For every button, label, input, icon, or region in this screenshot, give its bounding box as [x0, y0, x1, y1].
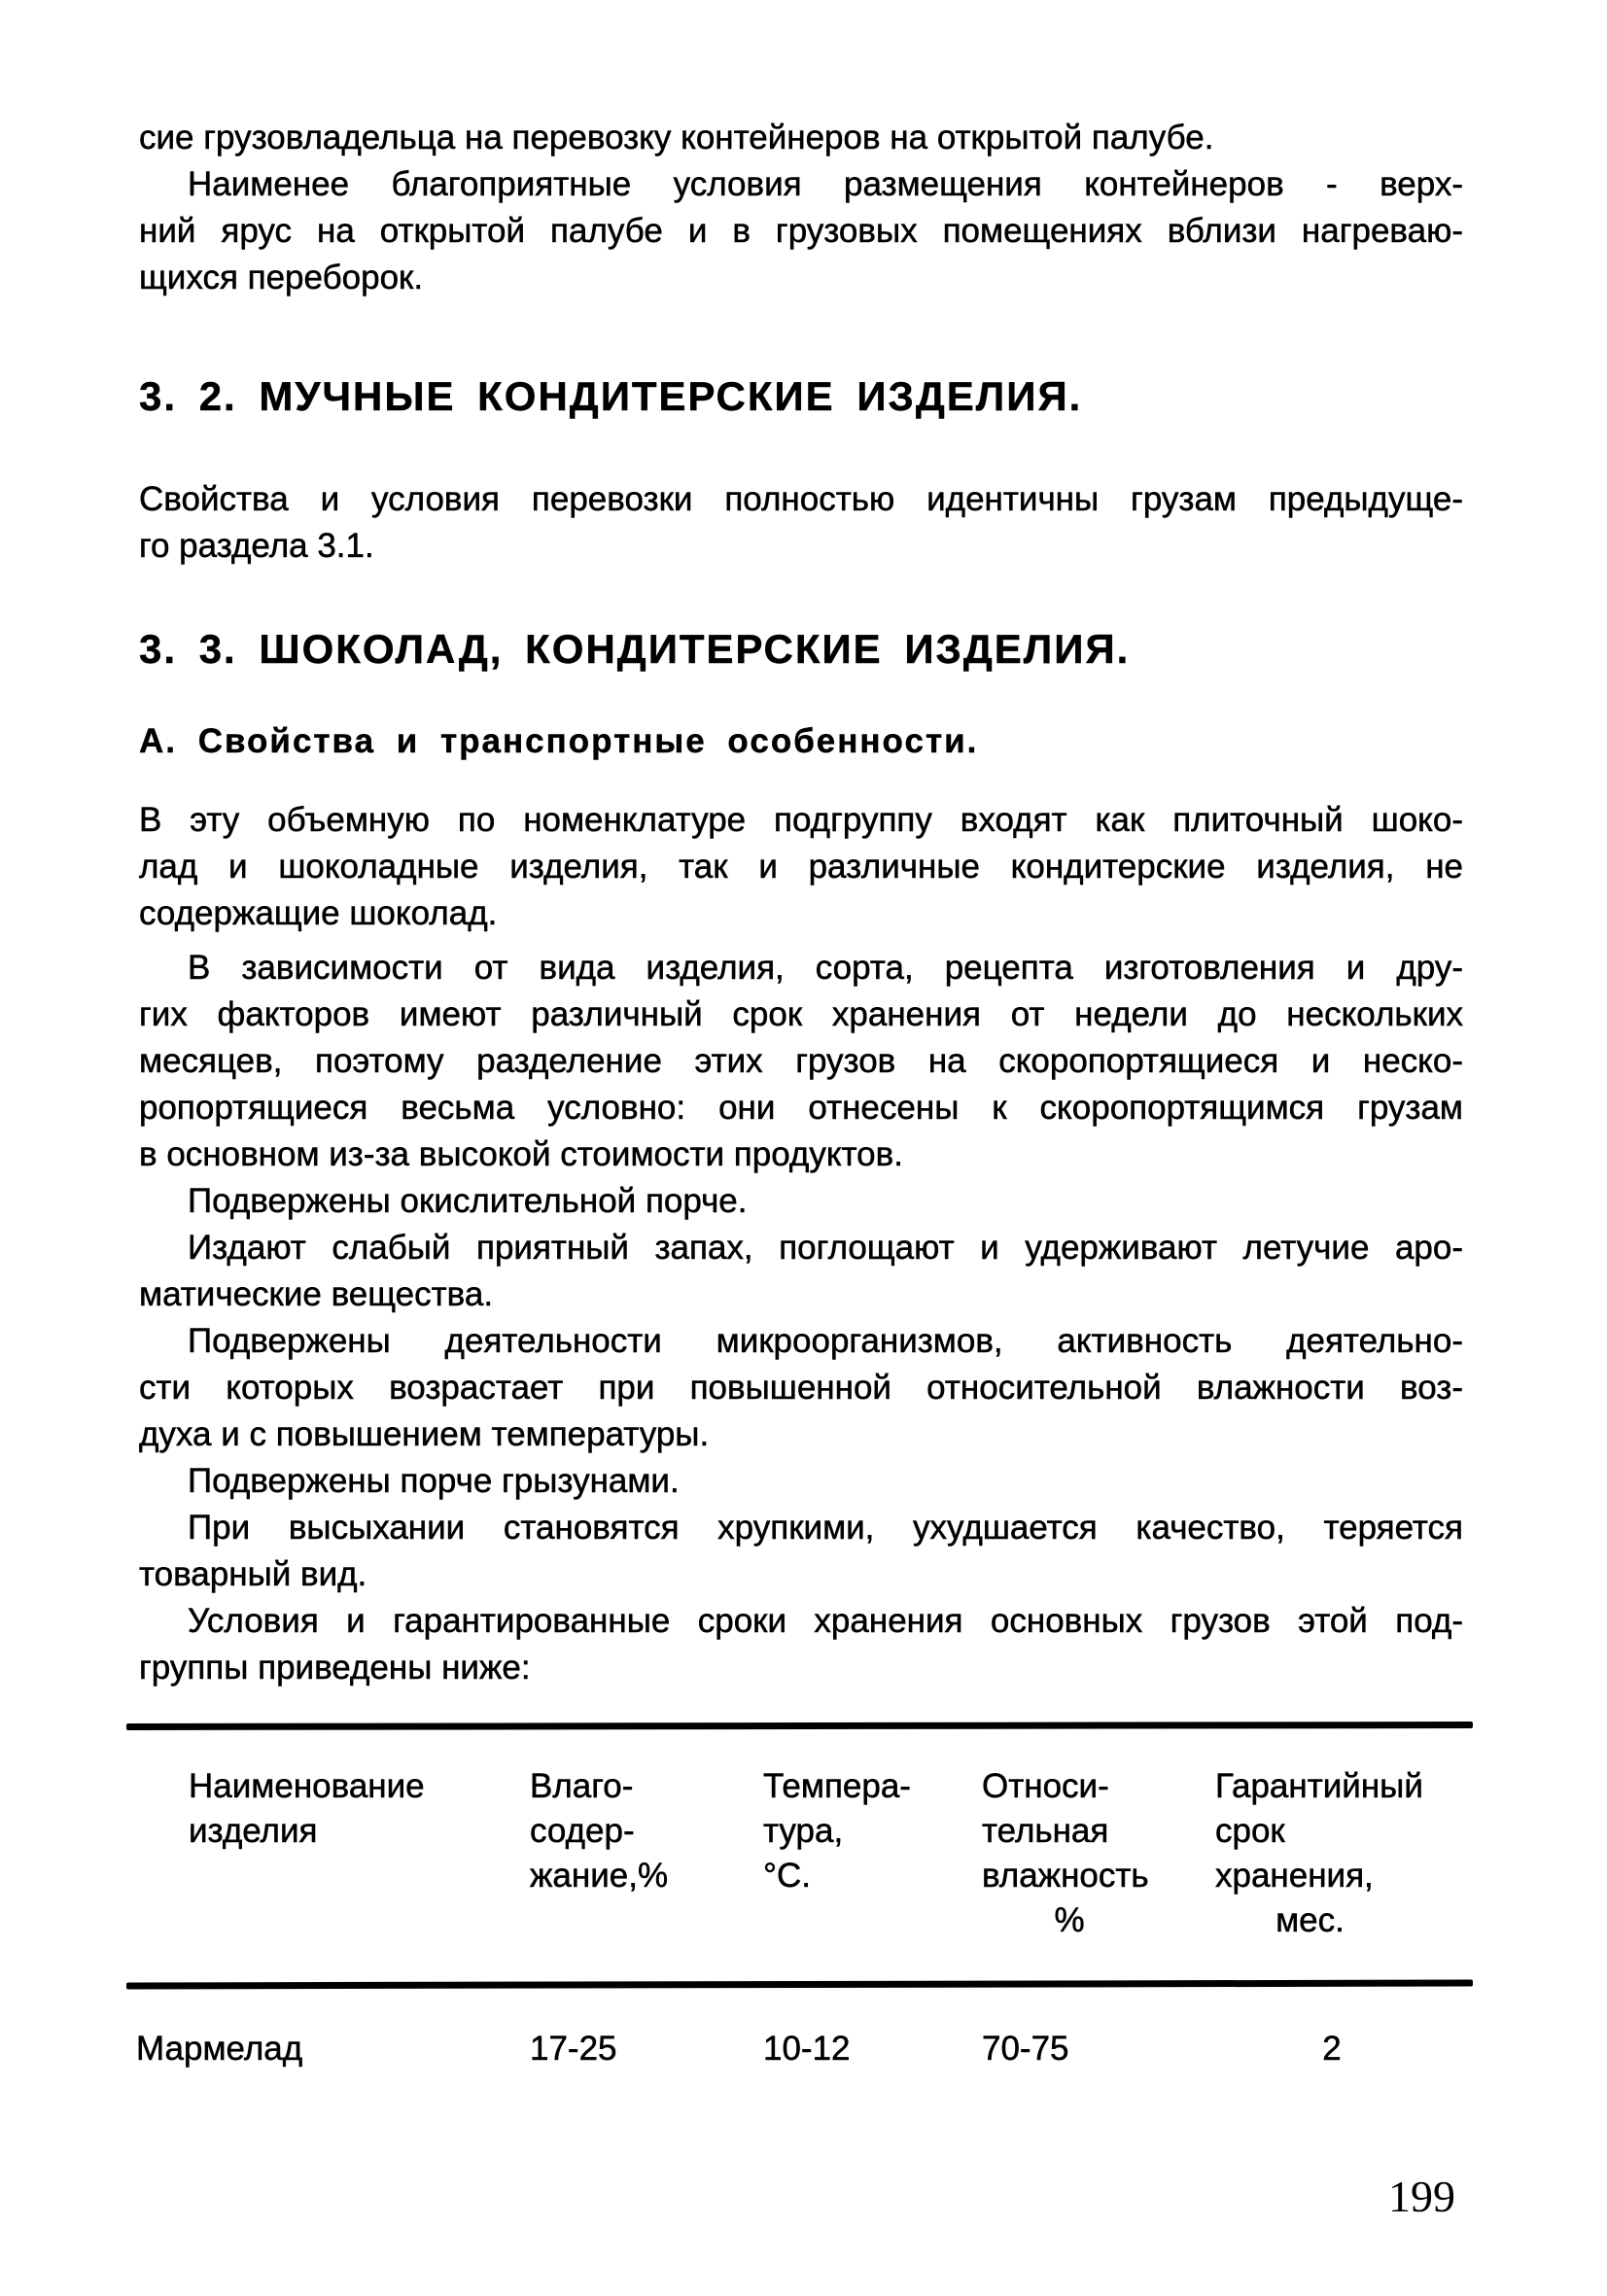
document-page: сие грузовладельца на перевозку контейне… [0, 0, 1607, 2296]
header-line: Темпера- [763, 1764, 982, 1809]
text-line: лад и шоколадные изделия, так и различны… [139, 844, 1463, 890]
text-line: месяцев, поэтому разделение этих грузов … [139, 1038, 1463, 1085]
cell-humidity: 70-75 [982, 2026, 1215, 2072]
header-line: влажность [982, 1854, 1215, 1898]
subsection-heading-a: А. Свойства и транспортные особенности. [139, 719, 1463, 764]
page-number: 199 [1388, 2171, 1455, 2222]
header-line: % [982, 1898, 1157, 1943]
text-line: сти которых возрастает при повышенной от… [139, 1365, 1463, 1411]
text-line: гих факторов имеют различный срок хранен… [139, 991, 1463, 1038]
table-header-temperature: Темпера- тура, °С. [763, 1764, 982, 1943]
text-column: сие грузовладельца на перевозку контейне… [139, 115, 1463, 1691]
header-line: хранения, [1215, 1854, 1473, 1898]
header-line: тельная [982, 1809, 1215, 1854]
table-header-humidity: Относи- тельная влажность % [982, 1764, 1215, 1943]
text-line: го раздела 3.1. [139, 523, 1463, 570]
table-header-moisture: Влаго- содер- жание,% [530, 1764, 763, 1943]
header-line: изделия [189, 1809, 530, 1854]
text-line: При высыхании становятся хрупкими, ухудш… [139, 1505, 1463, 1551]
header-line: жание,% [530, 1854, 763, 1898]
text-line: Наименее благоприятные условия размещени… [139, 161, 1463, 208]
cell-product-name: Мармелад [126, 2026, 530, 2072]
text-line: ний ярус на открытой палубе и в грузовых… [139, 208, 1463, 255]
header-line: тура, [763, 1809, 982, 1854]
text-line: духа и с повышением температуры. [139, 1411, 1463, 1458]
cell-shelf-months: 2 [1215, 2026, 1449, 2072]
table-top-rule [126, 1722, 1473, 1730]
header-line: °С. [763, 1854, 982, 1898]
text-line: Подвержены деятельности микроорганизмов,… [139, 1318, 1463, 1365]
table-row: Мармелад 17-25 10-12 70-75 2 [126, 2026, 1473, 2072]
text-line: сие грузовладельца на перевозку контейне… [139, 115, 1463, 161]
text-line: матические вещества. [139, 1271, 1463, 1318]
text-line: Подвержены порче грызунами. [139, 1458, 1463, 1505]
text-line: Подвержены окислительной порче. [139, 1178, 1463, 1225]
text-line: ропортящиеся весьма условно: они отнесен… [139, 1085, 1463, 1131]
text-line: щихся переборок. [139, 255, 1463, 301]
table-header-product-name: Наименование изделия [126, 1764, 530, 1943]
header-line: Наименование [189, 1764, 530, 1809]
section-heading-3-2: 3. 2. МУЧНЫЕ КОНДИТЕРСКИЕ ИЗДЕЛИЯ. [139, 371, 1463, 422]
text-line: товарный вид. [139, 1551, 1463, 1598]
table-header-rule [126, 1980, 1473, 1990]
header-line: Влаго- [530, 1764, 763, 1809]
header-line: содер- [530, 1809, 763, 1854]
table-header-row: Наименование изделия Влаго- содер- жание… [126, 1764, 1473, 1943]
header-line: Относи- [982, 1764, 1215, 1809]
cell-temperature: 10-12 [763, 2026, 982, 2072]
text-line: содержащие шоколад. [139, 890, 1463, 937]
header-line: срок [1215, 1809, 1473, 1854]
header-line: мес. [1215, 1898, 1405, 1943]
text-line: Издают слабый приятный запах, поглощают … [139, 1225, 1463, 1271]
table-header-shelf-life: Гарантийный срок хранения, мес. [1215, 1764, 1473, 1943]
header-line: Гарантийный [1215, 1764, 1473, 1809]
cell-moisture: 17-25 [530, 2026, 763, 2072]
text-line: В эту объемную по номенклатуре подгруппу… [139, 797, 1463, 844]
text-line: Условия и гарантированные сроки хранения… [139, 1598, 1463, 1645]
section-heading-3-3: 3. 3. ШОКОЛАД, КОНДИТЕРСКИЕ ИЗДЕЛИЯ. [139, 624, 1463, 675]
text-line: Свойства и условия перевозки полностью и… [139, 476, 1463, 523]
text-line: В зависимости от вида изделия, сорта, ре… [139, 945, 1463, 991]
text-line: группы приведены ниже: [139, 1645, 1463, 1691]
text-line: в основном из-за высокой стоимости проду… [139, 1131, 1463, 1178]
